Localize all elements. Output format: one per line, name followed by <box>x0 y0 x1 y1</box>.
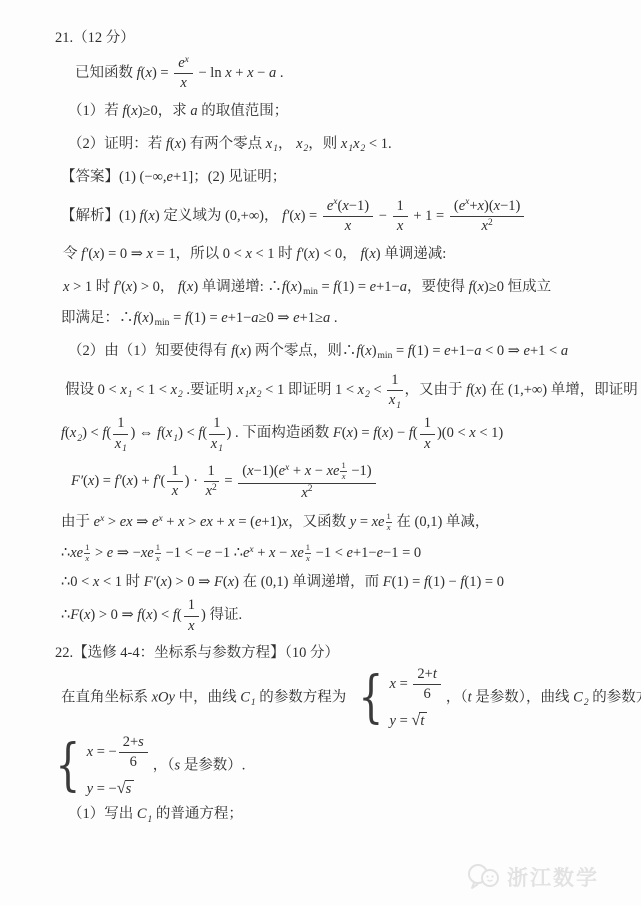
superscript: x <box>158 514 162 524</box>
fraction-denominator: x <box>345 217 351 235</box>
text-run: 的参数方程为 <box>589 689 641 705</box>
text-run: ) > 0 ⇒ <box>167 574 214 590</box>
text-run: ，则 <box>308 136 341 152</box>
text-run: )≥0 恒成立 <box>484 279 551 295</box>
math-line: （1）写出 C1 的普通方程； <box>68 804 615 825</box>
radicand: s <box>125 780 135 797</box>
text-run: −1) <box>349 198 369 214</box>
text-run: 假设 0 < <box>65 382 120 398</box>
math-line: F′(x) = f′(x) + f′(1x) · 1x2 = (x−1)(ex … <box>71 461 615 502</box>
superscript: x <box>249 545 253 555</box>
text-run: ) 在 (0,1) 单调递增，而 <box>234 574 383 590</box>
text-run: − <box>375 208 390 224</box>
chat-bubbles-icon <box>466 863 502 891</box>
text-run: −1 = 0 <box>383 545 421 561</box>
math-line: 在直角坐标系 xOy 中，曲线 C1 的参数方程为 {x = 2+t6y = √… <box>61 666 615 730</box>
fraction-numerator: 1 <box>387 372 402 391</box>
text-run: ) > 0， <box>132 279 178 295</box>
math-var: xe <box>70 545 83 561</box>
math-var: C <box>137 806 147 822</box>
math-var: x <box>166 426 172 442</box>
cases-row: x = −2+s6 <box>87 734 150 772</box>
math-var: xe <box>291 545 304 561</box>
text-run: < 1 即证明 1 < <box>262 382 358 398</box>
fraction-denominator: x <box>85 554 89 564</box>
math-line: ∴F(x) > 0 ⇒ f(x) < f(1x) 得证. <box>61 597 615 635</box>
text-run: ) < <box>82 426 102 442</box>
text-run: ∴ <box>61 545 70 561</box>
math-var: x <box>249 382 255 398</box>
math-var: f′ <box>153 473 160 489</box>
superscript: x <box>465 197 469 207</box>
text-run: (1) = <box>189 310 221 326</box>
text-run: )≥0，求 <box>138 103 191 119</box>
math-var: t <box>433 666 437 682</box>
sup-fraction: 1x <box>84 543 90 564</box>
text-run: ，要使得 <box>407 279 469 295</box>
text-run: 令 <box>63 246 81 262</box>
text-run: + <box>213 514 228 530</box>
subscript: min <box>155 318 170 328</box>
fraction-denominator: x2 <box>482 217 493 235</box>
text-run: 22.【选修 4-4：坐标系与参数方程】（10 分） <box>55 645 339 661</box>
math-var: x <box>171 382 177 398</box>
math-line: （2）证明：若 f(x) 有两个零点 x1， x2，则 x1x2 < 1. <box>68 134 615 155</box>
text-run: = ( <box>235 514 255 530</box>
text-run: ) − <box>389 426 409 442</box>
math-var: F <box>214 574 223 590</box>
text-run: 的参数方程为 <box>256 689 350 705</box>
text-run: .要证明 <box>183 382 237 398</box>
watermark-label: 浙江数学 <box>507 862 599 892</box>
text-run: −1 ∴ <box>211 545 243 561</box>
text-run: + <box>289 463 304 479</box>
fraction-denominator: x <box>424 435 430 453</box>
text-run: 即满足：∴ <box>61 310 134 326</box>
text-run: ) < <box>153 607 173 623</box>
text-run: ) = <box>94 473 114 489</box>
text-run: = <box>356 514 371 530</box>
subscript: min <box>303 287 318 297</box>
math-line: {x = −2+s6y = −√s，（s 是参数）. <box>47 734 615 798</box>
subscript: 2 <box>361 144 366 154</box>
subscript: 1 <box>173 434 178 444</box>
math-line: 21.（12 分） <box>55 28 615 49</box>
text-run: = <box>396 676 411 692</box>
text-run: 1 <box>397 198 404 214</box>
text-run: 1 <box>213 415 220 431</box>
math-line: （2）由（1）知要使得有 f(x) 两个零点，则∴f(x)min = f(1) … <box>68 341 615 362</box>
text-run: ) ⇔ <box>130 426 157 442</box>
fraction-numerator: ex <box>174 55 193 74</box>
text-run: （2）证明：若 <box>68 136 166 152</box>
text-run: 6 <box>424 686 431 702</box>
fraction-numerator: 1 <box>167 463 182 482</box>
subscript: 2 <box>365 390 370 400</box>
text-run: 是参数）. <box>180 757 245 773</box>
math-var: x <box>172 483 178 499</box>
text-run: > <box>185 514 200 530</box>
math-var: a <box>251 310 258 326</box>
text-run: 中，曲线 <box>175 689 240 705</box>
text-run: ) 单调递减: <box>376 246 446 262</box>
text-run: ) 单调递增: ∴ <box>193 279 282 295</box>
text-run: 【答案】(1) (−∞, <box>61 169 167 185</box>
equation-system: {x = 2+t6y = √t <box>353 666 443 730</box>
text-run: < 1) <box>476 426 504 442</box>
text-run: 是参数），曲线 <box>472 689 574 705</box>
text-run: + <box>163 514 178 530</box>
text-run: < 1 时 <box>252 246 296 262</box>
text-run: ) . 下面构造函数 <box>227 426 333 442</box>
fraction: 1x1 <box>113 415 128 453</box>
text-run: = 1，所以 0 < <box>153 246 245 262</box>
fraction: 2+t6 <box>413 666 440 704</box>
text-run: )( <box>484 198 494 214</box>
text-run: ，又函数 <box>288 514 350 530</box>
watermark: 浙江数学 <box>466 862 599 892</box>
text-run: )(0 < <box>437 426 469 442</box>
math-line: 【答案】(1) (−∞,e+1]；(2) 见证明； <box>61 167 615 188</box>
text-run: − <box>311 463 326 479</box>
math-var: x <box>341 136 347 152</box>
text-run: 的取值范围； <box>198 103 289 119</box>
text-run: ( <box>202 426 207 442</box>
text-run: 1 <box>424 415 431 431</box>
fraction-numerator: 1 <box>393 198 408 217</box>
text-run: +1) <box>261 514 281 530</box>
fraction-numerator: 2+s <box>119 734 148 753</box>
text-run: ⇒ <box>133 514 152 530</box>
subscript: 1 <box>251 698 256 708</box>
text-run: ) 两个零点，则∴ <box>246 343 356 359</box>
text-run: < 1. <box>365 136 391 152</box>
fraction-denominator: x2 <box>206 482 217 500</box>
text-run: = <box>221 473 236 489</box>
radicand: t <box>419 712 427 729</box>
text-run: = <box>396 713 411 729</box>
text-run: + <box>254 545 269 561</box>
text-run: ) 定义域为 (0,+∞)， <box>155 208 282 224</box>
text-run: ) = 0 ⇒ <box>100 246 147 262</box>
math-var: x <box>424 436 430 452</box>
text-run: ( <box>413 426 418 442</box>
math-line: f(x2) < f(1x1) ⇔ f(x1) < f(1x1) . 下面构造函数… <box>61 415 615 453</box>
fraction-denominator: 6 <box>130 753 137 771</box>
math-line: 已知函数 f(x) = exx − ln x + x − a . <box>75 55 615 93</box>
text-run: ) + <box>133 473 153 489</box>
subscript: 2 <box>304 144 309 154</box>
text-run: = <box>169 310 184 326</box>
text-run: （1）写出 <box>68 806 137 822</box>
text-run: > <box>104 514 119 530</box>
text-run: −1)( <box>254 463 279 479</box>
text-run: 1 <box>117 415 124 431</box>
fraction: (x−1)(ex + x − xe1x −1)x2 <box>238 461 375 502</box>
fraction-denominator: x1 <box>115 435 127 453</box>
text-run: +1≥ <box>300 310 323 326</box>
math-var: F <box>383 574 392 590</box>
fraction-denominator: 6 <box>424 685 431 703</box>
math-var: x <box>70 426 76 442</box>
fraction-denominator: x <box>397 217 403 235</box>
fraction-numerator: 2+t <box>413 666 440 685</box>
fraction-denominator: x <box>156 554 160 564</box>
text-run: . <box>276 65 283 81</box>
math-line: 由于 ex > ex ⇒ ex + x > ex + x = (e+1)x，又函… <box>61 512 615 533</box>
superscript: x <box>285 463 289 473</box>
text-run: （2）由（1）知要使得有 <box>68 343 231 359</box>
text-run: ， <box>278 136 296 152</box>
fraction-denominator: x <box>387 523 391 533</box>
text-run: < 1 < <box>133 382 171 398</box>
text-run: + 1 = <box>410 208 448 224</box>
math-var: C <box>240 689 250 705</box>
subscript: 1 <box>122 444 127 454</box>
math-var: f′ <box>114 279 121 295</box>
superscript: x <box>333 197 337 207</box>
subscript: 1 <box>218 444 223 454</box>
text-run: 已知函数 <box>75 65 137 81</box>
subscript: min <box>378 351 393 361</box>
fraction-numerator: 1 <box>184 597 199 616</box>
text-run: +1− <box>228 310 252 326</box>
math-var: F <box>333 426 342 442</box>
text-run: 在 (0,1) 单减， <box>393 514 490 530</box>
math-var: x <box>180 75 186 91</box>
text-run: ) = <box>301 208 321 224</box>
text-run: 1 <box>391 372 398 388</box>
superscript: x <box>185 55 189 65</box>
math-var: F′ <box>71 473 83 489</box>
text-run: ) <box>372 343 377 359</box>
subscript: 1 <box>396 401 401 411</box>
math-var: x <box>397 218 403 234</box>
fraction-denominator: x <box>188 617 194 635</box>
sup-fraction: 1x <box>305 543 311 564</box>
text-run: +1]；(2) 见证明； <box>173 169 286 185</box>
text-run: + <box>232 65 247 81</box>
text-run: − <box>254 65 269 81</box>
text-run: 在直角坐标系 <box>61 689 152 705</box>
text-run: ) = <box>152 65 172 81</box>
math-var: x <box>115 436 121 452</box>
sup-fraction: 1x <box>340 461 346 482</box>
math-var: x <box>358 382 364 398</box>
math-var: xOy <box>152 689 175 705</box>
text-run: ( <box>161 473 166 489</box>
text-run: 【解析】(1) <box>61 208 140 224</box>
math-var: x <box>188 618 194 634</box>
text-run: ) 在 (1,+∞) 单增，即证明 <box>481 382 637 398</box>
text-run: − ln <box>195 65 225 81</box>
text-run: . <box>330 310 337 326</box>
fraction-numerator: (x−1)(ex + x − xe1x −1) <box>238 461 375 484</box>
fraction: 1x <box>184 597 199 635</box>
text-run: 2+ <box>417 666 432 682</box>
text-run: (1) − <box>428 574 460 590</box>
text-run: 1 <box>171 463 178 479</box>
text-run: (1) = <box>392 574 424 590</box>
text-run: +1− <box>376 279 400 295</box>
text-run: ∴ <box>61 607 70 623</box>
equation-system: {x = −2+s6y = −√s <box>50 734 150 798</box>
math-var: e <box>178 55 184 71</box>
math-var: F′ <box>144 574 156 590</box>
fraction: 1x <box>393 198 408 236</box>
text-run: ) > 0 ⇒ <box>90 607 137 623</box>
math-var: ex <box>200 514 213 530</box>
text-run: ，（ <box>446 689 468 705</box>
math-var: f′ <box>296 246 303 262</box>
superscript: 2 <box>308 484 313 494</box>
math-var: xe <box>327 463 340 479</box>
text-run: +1− <box>451 343 475 359</box>
text-run: = − <box>93 744 117 760</box>
text-run: ∴0 < <box>61 574 93 590</box>
text-run: 的普通方程； <box>152 806 243 822</box>
text-run: > <box>91 545 106 561</box>
fraction-denominator: x <box>342 472 346 482</box>
text-run: ) <box>149 310 154 326</box>
math-var: x <box>482 218 488 234</box>
text-run: ，又由于 <box>405 382 467 398</box>
subscript: 2 <box>178 390 183 400</box>
cases-row: y = √t <box>390 710 443 730</box>
text-run: (1) = <box>412 343 444 359</box>
sup-fraction: 1x <box>155 543 161 564</box>
text-run: (1) = 0 <box>464 574 504 590</box>
math-var: C <box>573 689 583 705</box>
math-var: a <box>400 279 407 295</box>
math-line: 【解析】(1) f(x) 定义域为 (0,+∞)， f′(x) = ex(x−1… <box>61 198 615 236</box>
subscript: 1 <box>128 390 133 400</box>
fraction-numerator: 1 <box>209 415 224 434</box>
text-run: −1 < <box>312 545 346 561</box>
fraction-numerator: 1 <box>204 463 219 482</box>
math-line: 令 f′(x) = 0 ⇒ x = 1，所以 0 < x < 1 时 f′(x)… <box>63 244 615 265</box>
fraction-denominator: x1 <box>211 435 223 453</box>
fraction-denominator: x2 <box>301 484 312 502</box>
cases-column: x = −2+s6y = −√s <box>87 734 150 798</box>
math-var: x <box>237 382 243 398</box>
math-var: x <box>345 218 351 234</box>
text-run: (1) = <box>337 279 369 295</box>
subscript: 1 <box>148 815 153 825</box>
text-run: ) · <box>185 473 202 489</box>
fraction-numerator: ex(x−1) <box>323 198 373 217</box>
fraction: ex(x−1)x <box>323 198 373 236</box>
subscript: 2 <box>257 390 262 400</box>
math-var: x <box>353 136 359 152</box>
superscript: 2 <box>488 218 493 228</box>
text-run: （1）若 <box>68 103 122 119</box>
fraction: 1x1 <box>387 372 402 410</box>
document-body: 21.（12 分）已知函数 f(x) = exx − ln x + x − a … <box>0 0 641 825</box>
text-run: ，（ <box>153 757 175 773</box>
document-page: 21.（12 分）已知函数 f(x) = exx − ln x + x − a … <box>0 0 641 906</box>
fraction-denominator: x <box>306 554 310 564</box>
text-run: ( <box>106 426 111 442</box>
text-run: ) 得证. <box>201 607 242 623</box>
math-line: 22.【选修 4-4：坐标系与参数方程】（10 分） <box>55 643 615 664</box>
math-var: F <box>70 607 79 623</box>
text-run: 6 <box>130 754 137 770</box>
math-var: x <box>120 382 126 398</box>
fraction: 1x1 <box>209 415 224 453</box>
fraction-denominator: x1 <box>389 391 401 409</box>
superscript: 2 <box>212 483 217 493</box>
text-run: ) <box>297 279 302 295</box>
fraction-numerator: 1 <box>113 415 128 434</box>
text-run: 1 <box>188 597 195 613</box>
subscript: 1 <box>273 144 278 154</box>
fraction: 1x <box>420 415 435 453</box>
subscript: 1 <box>245 390 250 400</box>
fraction: 1x2 <box>204 463 219 501</box>
text-run: > 1 时 <box>69 279 113 295</box>
text-run: ( <box>177 607 182 623</box>
fraction: (ex+x)(x−1)x2 <box>450 198 525 236</box>
text-run: ) = <box>353 426 373 442</box>
text-run: = <box>318 279 333 295</box>
fraction-denominator: x <box>180 74 186 92</box>
text-run: 1 <box>208 463 215 479</box>
text-run: ≥0 ⇒ <box>259 310 294 326</box>
math-var: x <box>301 485 307 501</box>
math-line: 假设 0 < x1 < 1 < x2 .要证明 x1x2 < 1 即证明 1 <… <box>65 372 615 410</box>
math-line: ∴0 < x < 1 时 F′(x) > 0 ⇒ F(x) 在 (0,1) 单调… <box>61 572 615 593</box>
text-run: ) < 0， <box>315 246 361 262</box>
math-var: a <box>561 343 568 359</box>
cases-row: y = −√s <box>87 778 150 798</box>
fraction-denominator: x <box>172 482 178 500</box>
cases-row: x = 2+t6 <box>390 666 443 704</box>
text-run: ) 有两个零点 <box>181 136 266 152</box>
math-line: （1）若 f(x)≥0，求 a 的取值范围； <box>68 101 615 122</box>
text-run: 21.（12 分） <box>55 30 135 46</box>
text-run: ) < <box>178 426 198 442</box>
text-run: ⇒ − <box>113 545 141 561</box>
math-var: xe <box>141 545 154 561</box>
cases-column: x = 2+t6y = √t <box>390 666 443 730</box>
subscript: 2 <box>77 434 82 444</box>
fraction: 1x <box>167 463 182 501</box>
math-line: x > 1 时 f′(x) > 0， f(x) 单调递增: ∴f(x)min =… <box>63 277 615 298</box>
text-run: = − <box>93 781 117 797</box>
math-var: x <box>389 392 395 408</box>
text-run: 2+ <box>123 734 138 750</box>
text-run: 由于 <box>61 514 94 530</box>
fraction-numerator: (ex+x)(x−1) <box>450 198 525 217</box>
text-run: < <box>370 382 385 398</box>
math-line: ∴xe1x > e ⇒ −xe1x −1 < −e −1 ∴ex + x − x… <box>61 543 615 564</box>
sup-fraction: 1x <box>386 512 392 533</box>
text-run: +1 < <box>530 343 561 359</box>
text-run: +1− <box>353 545 377 561</box>
text-run: − <box>275 545 290 561</box>
math-var: a <box>190 103 197 119</box>
subscript: 1 <box>348 144 353 154</box>
text-run: −1 < − <box>162 545 205 561</box>
sqrt-expression: √t <box>411 710 427 730</box>
superscript: x <box>100 514 104 524</box>
math-var: s <box>138 734 144 750</box>
math-var: xe <box>372 514 385 530</box>
text-run: + <box>469 198 477 214</box>
math-var: f′ <box>115 473 122 489</box>
text-run: −1) <box>348 463 372 479</box>
